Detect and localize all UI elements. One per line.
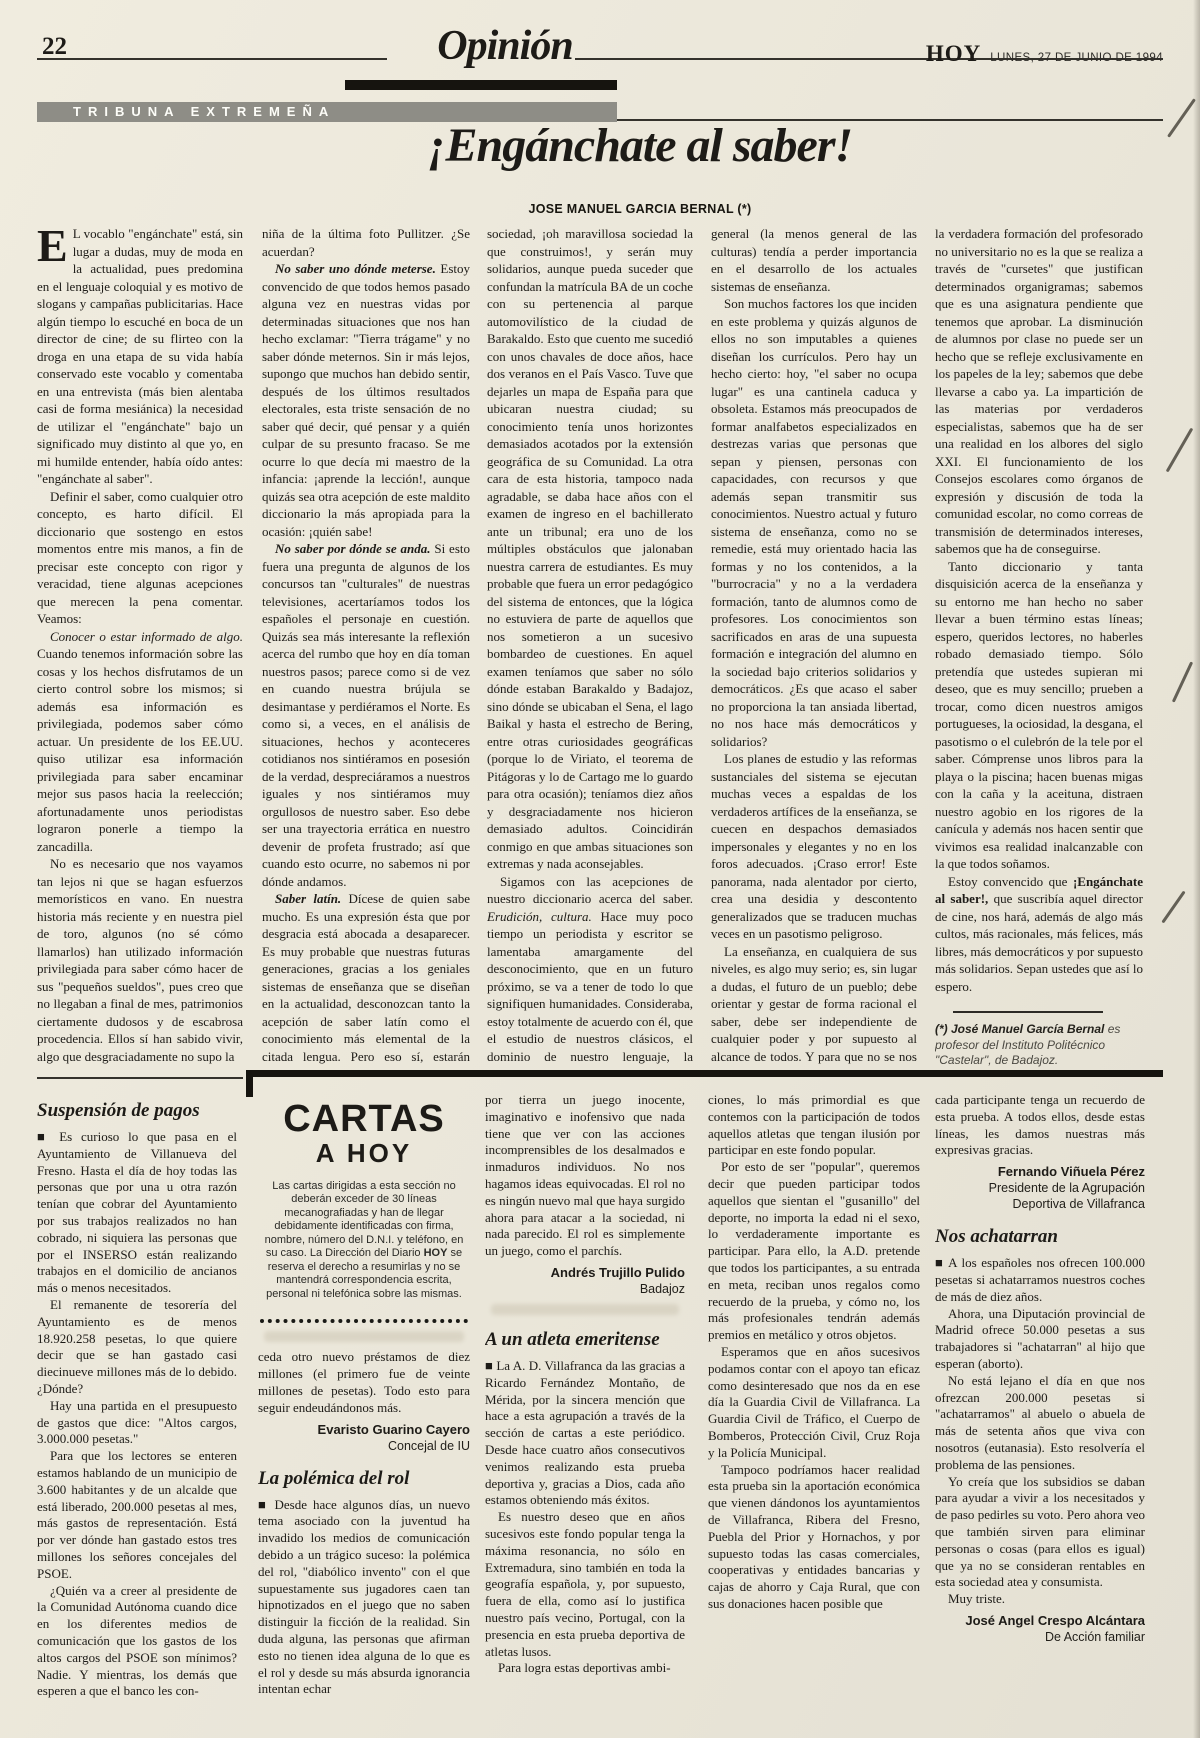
header-rule-left (37, 58, 387, 60)
paragraph-text: Cuando tenemos información sobre las cos… (37, 646, 243, 854)
paragraph-text: Estoy convencido que (948, 874, 1067, 889)
letter-paragraph: Por esto de ser "popular", queremos deci… (708, 1159, 920, 1344)
letter-paragraph: ■ Es curioso lo que pasa en el Ayuntamie… (37, 1129, 237, 1297)
signature-name: Andrés Trujillo Pulido (485, 1265, 685, 1281)
margin-mark (1167, 98, 1196, 137)
letter-paragraph: Para que los lectores se enteren estamos… (37, 1448, 237, 1582)
page-edge-shadow (1193, 0, 1200, 1738)
paragraph-text: Si esto fuera una pregunta de algunos de… (262, 541, 470, 889)
article-column-1: EL vocablo "engánchate" está, sin lugar … (37, 225, 243, 1067)
paragraph-text: L vocablo "engánchate" está, sin lugar a… (37, 226, 243, 486)
letter-title-rol: La polémica del rol (258, 1468, 470, 1490)
article-paragraph: la verdadera formación del profesorado n… (935, 225, 1143, 558)
page-number: 22 (42, 33, 67, 61)
print-smudge (491, 1304, 679, 1315)
margin-mark (1161, 891, 1185, 924)
signature-role: Concejal de IU (258, 1438, 470, 1454)
article-column-2: niña de la última foto Pullitzer. ¿Se ac… (262, 225, 470, 1067)
letter-title-suspension: Suspensión de pagos (37, 1100, 237, 1122)
cartas-subtitle: A HOY (258, 1139, 470, 1169)
letter-paragraph: ■ Desde hace algunos días, un nuevo tema… (258, 1497, 470, 1699)
paragraph-text: Estoy convencido de que todos hemos pasa… (262, 261, 470, 539)
margin-mark (1172, 661, 1193, 702)
newspaper-page: 22 Opinión HOYLUNES, 27 DE JUNIO DE 1994… (0, 0, 1200, 1738)
signature: José Angel Crespo Alcántara De Acción fa… (935, 1613, 1145, 1645)
article-byline: JOSE MANUEL GARCIA BERNAL (*) (190, 202, 1090, 216)
letter-paragraph: Esperamos que en años sucesivos podamos … (708, 1344, 920, 1462)
letter-paragraph: Tampoco podríamos hacer realidad esta pr… (708, 1462, 920, 1613)
letter-paragraph: Hay una partida en el presupuesto de gas… (37, 1398, 237, 1448)
article-paragraph: Tanto diccionario y tanta disquisición a… (935, 558, 1143, 873)
cartas-rules-text: Las cartas dirigidas a esta sección no d… (258, 1180, 470, 1302)
letter-title-atleta: A un atleta emeritense (485, 1329, 685, 1351)
definition-lead: No saber uno dónde meterse. (275, 261, 436, 276)
masthead: HOYLUNES, 27 DE JUNIO DE 1994 (926, 41, 1163, 67)
signature-role: Badajoz (485, 1281, 685, 1297)
article-paragraph: No saber por dónde se anda. Si esto fuer… (262, 540, 470, 890)
letter-paragraph: ■ A los españoles nos ofrecen 100.000 pe… (935, 1255, 1145, 1305)
article-column-5: la verdadera formación del profesorado n… (935, 225, 1143, 1067)
definition-lead: Erudición, cultura. (487, 909, 592, 924)
signature-name: Evaristo Guarino Cayero (258, 1422, 470, 1438)
letter-paragraph: Muy triste. (935, 1591, 1145, 1608)
paragraph-text: Dícese de quien sabe mucho. Es una expre… (262, 891, 470, 1067)
letter-paragraph: Yo creía que los subsidios se daban para… (935, 1474, 1145, 1592)
article-paragraph: No es necesario que nos vayamos tan lejo… (37, 855, 243, 1065)
letters-top-bar-stub (246, 1070, 253, 1097)
article-paragraph: No saber uno dónde meterse. Estoy conven… (262, 260, 470, 540)
letter-paragraph: Es nuestro deseo que en años sucesivos e… (485, 1509, 685, 1660)
letter-paragraph: ciones, lo más primordial es que contemo… (708, 1092, 920, 1159)
article-paragraph: Los planes de estudio y las reformas sus… (711, 750, 917, 943)
section-underline-bar (345, 80, 617, 90)
letter-paragraph: Para logra estas deportivas ambi- (485, 1660, 685, 1677)
margin-mark (1166, 428, 1194, 473)
paragraph-text: Sigamos con las acepciones de nuestro di… (487, 874, 693, 907)
article-paragraph: sociedad, ¡oh maravillosa sociedad la qu… (487, 225, 693, 873)
article-paragraph: Saber latín. Dícese de quien sabe mucho.… (262, 890, 470, 1067)
definition-lead: Saber latín. (275, 891, 341, 906)
article-paragraph: Estoy convencido que ¡Engánchate al sabe… (935, 873, 1143, 996)
letters-rule-left (37, 1077, 243, 1079)
article-column-4: general (la menos general de las cultura… (711, 225, 917, 1067)
article-paragraph: Son muchos factores los que inciden en e… (711, 295, 917, 750)
author-footnote: (*) José Manuel García Bernal es profeso… (935, 1022, 1143, 1067)
letter-paragraph: por tierra un juego inocente, imaginativ… (485, 1092, 685, 1260)
article-paragraph: Conocer o estar informado de algo. Cuand… (37, 628, 243, 856)
paragraph-text: Hace muy poco tiempo un periodista y esc… (487, 909, 693, 1068)
signature: Andrés Trujillo Pulido Badajoz (485, 1265, 685, 1297)
letter-paragraph: ■ La A. D. Villafranca da las gracias a … (485, 1358, 685, 1509)
dateline: LUNES, 27 DE JUNIO DE 1994 (990, 52, 1163, 64)
dotted-separator (260, 1319, 468, 1323)
signature-role: Deportiva de Villafranca (935, 1196, 1145, 1212)
article-paragraph: La enseñanza, en cualquiera de sus nivel… (711, 943, 917, 1068)
article-column-3: sociedad, ¡oh maravillosa sociedad la qu… (487, 225, 693, 1067)
signature-name: José Angel Crespo Alcántara (935, 1613, 1145, 1629)
letters-top-bar (246, 1070, 1163, 1077)
article-paragraph: niña de la última foto Pullitzer. ¿Se ac… (262, 225, 470, 260)
signature-role: De Acción familiar (935, 1629, 1145, 1645)
definition-lead: Conocer o estar informado de algo. (50, 629, 243, 644)
letters-column-2: CARTAS A HOY Las cartas dirigidas a esta… (258, 1092, 470, 1736)
letters-column-5: cada participante tenga un recuerdo de e… (935, 1092, 1145, 1736)
letters-column-3: por tierra un juego inocente, imaginativ… (485, 1092, 685, 1736)
definition-lead: No saber por dónde se anda. (275, 541, 430, 556)
letter-paragraph: No está lejano el día en que nos ofrezca… (935, 1373, 1145, 1474)
section-title: Opinión (390, 22, 620, 70)
letter-paragraph: Ahora, una Diputación provincial de Madr… (935, 1306, 1145, 1373)
cartas-hoy-bold: HOY (424, 1247, 448, 1259)
signature-name: Fernando Viñuela Pérez (935, 1164, 1145, 1180)
print-smudge (264, 1331, 464, 1342)
footnote-rule (953, 1011, 1103, 1013)
letters-column-4: ciones, lo más primordial es que contemo… (708, 1092, 920, 1736)
article-paragraph: Sigamos con las acepciones de nuestro di… (487, 873, 693, 1068)
letter-paragraph: cada participante tenga un recuerdo de e… (935, 1092, 1145, 1159)
letter-paragraph: ¿Quién va a creer al presidente de la Co… (37, 1583, 237, 1701)
cartas-title: CARTAS (258, 1100, 470, 1138)
article-paragraph: Definir el saber, como cualquier otro co… (37, 488, 243, 628)
paragraph-text: que suscribía aquel director de cine, no… (935, 891, 1143, 994)
footnote-author-name: (*) José Manuel García Bernal (935, 1022, 1104, 1036)
article-headline: ¡Engánchate al saber! (190, 118, 1090, 173)
letter-paragraph: El remanente de tesorería del Ayuntamien… (37, 1297, 237, 1398)
drop-cap: E (37, 225, 73, 264)
cartas-a-hoy-box: CARTAS A HOY Las cartas dirigidas a esta… (258, 1092, 470, 1301)
letter-paragraph: ceda otro nuevo préstamos de diez millon… (258, 1349, 470, 1416)
letters-column-1: Suspensión de pagos ■ Es curioso lo que … (37, 1092, 237, 1736)
signature-role: Presidente de la Agrupación (935, 1180, 1145, 1196)
signature: Evaristo Guarino Cayero Concejal de IU (258, 1422, 470, 1454)
article-paragraph: general (la menos general de las cultura… (711, 225, 917, 295)
article-paragraph: EL vocablo "engánchate" está, sin lugar … (37, 225, 243, 488)
masthead-logo: HOY (926, 41, 981, 66)
signature: Fernando Viñuela Pérez Presidente de la … (935, 1164, 1145, 1212)
letter-title-achatarran: Nos achatarran (935, 1226, 1145, 1248)
